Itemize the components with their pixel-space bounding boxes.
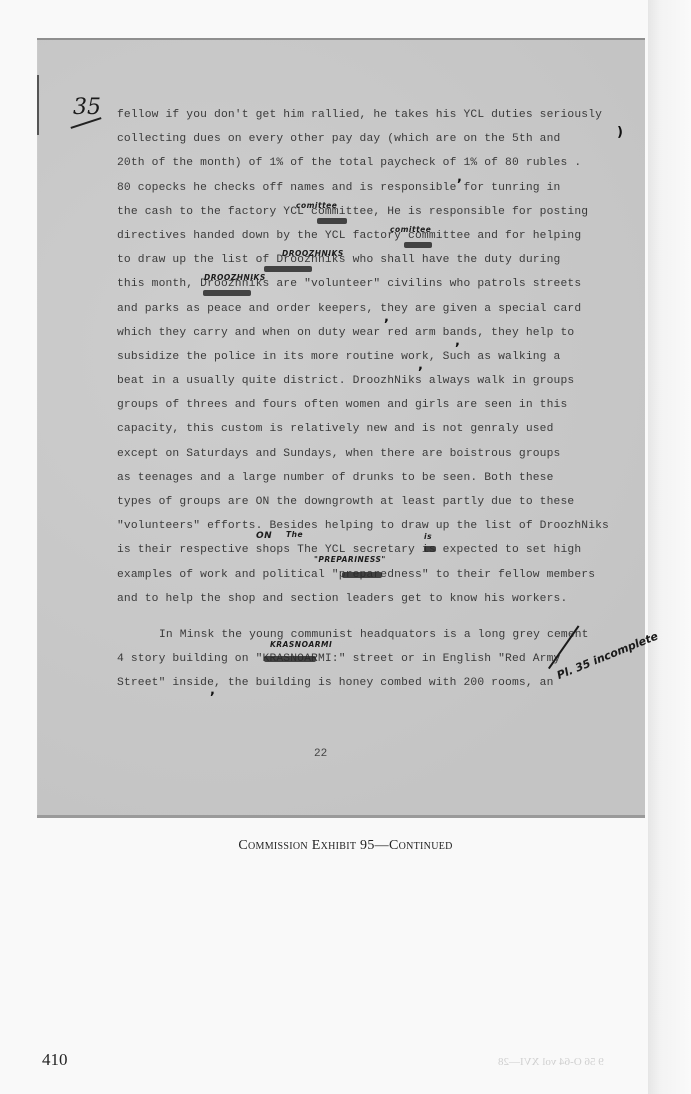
handwritten-on: ON	[256, 531, 272, 541]
handwritten-comma: ,	[210, 683, 215, 698]
typed-line: and parks as peace and order keepers, th…	[117, 297, 627, 321]
strikeout-mark	[264, 656, 316, 662]
typed-line: types of groups are ON the downgrowth at…	[117, 490, 627, 514]
typed-line: this month, Droozhniks are "volunteer" c…	[117, 272, 627, 296]
folio-page-number: 410	[42, 1050, 68, 1070]
typed-line: as teenages and a large number of drunks…	[117, 466, 627, 490]
handwritten-preparedness: "PREPARINESS"	[314, 555, 386, 564]
typed-line: the cash to the factory YCL committee, H…	[117, 200, 627, 224]
handwritten-krasnoarmi: KRASNOARMI	[270, 640, 332, 649]
bleed-through-text: 9 56 O-64 vol XVI—28	[498, 1056, 604, 1068]
handwritten-droozhniks-1: DROOZHNIKS	[282, 249, 344, 258]
strikeout-mark	[424, 546, 436, 552]
strikeout-mark	[404, 242, 432, 248]
margin-page-number: 35	[73, 95, 101, 120]
handwritten-comma: ,	[455, 334, 460, 349]
typed-line: to draw up the list of Droozhniks who sh…	[117, 248, 627, 272]
typed-page-number: 22	[314, 748, 327, 760]
handwritten-comma: ,	[418, 358, 423, 373]
handwritten-comma: )	[617, 125, 623, 140]
typed-line: fellow if you don't get him rallied, he …	[117, 103, 627, 127]
typed-line: except on Saturdays and Sundays, when th…	[117, 442, 627, 466]
strikeout-mark	[317, 218, 347, 224]
typed-line: collecting dues on every other pay day (…	[117, 127, 627, 151]
handwritten-committee-2: comittee	[390, 225, 431, 234]
typed-line: 20th of the month) of 1% of the total pa…	[117, 151, 627, 175]
typed-line: groups of threes and fours often women a…	[117, 393, 627, 417]
typed-line: 80 copecks he checks off names and is re…	[117, 176, 627, 200]
typed-line: which they carry and when on duty wear r…	[117, 321, 627, 345]
typed-line: "volunteers" efforts. Besides helping to…	[117, 514, 627, 538]
handwritten-droozhniks-2: DROOZHNIKS	[204, 273, 266, 282]
typed-line: and to help the shop and section leaders…	[117, 587, 627, 611]
typed-body: fellow if you don't get him rallied, he …	[117, 103, 627, 696]
exhibit-caption: Commission Exhibit 95—Continued	[0, 838, 691, 854]
handwritten-is: is	[424, 532, 432, 541]
handwritten-comma: ,	[457, 170, 462, 185]
binding-edge	[648, 0, 691, 1094]
strikeout-mark	[342, 572, 382, 578]
handwritten-comma: ,	[384, 310, 389, 325]
typed-line: directives handed down by the YCL factor…	[117, 224, 627, 248]
typed-line: Street" inside, the building is honey co…	[117, 671, 627, 695]
handwritten-committee-1: comittee	[296, 201, 337, 210]
typed-line: beat in a usually quite district. Droozh…	[117, 369, 627, 393]
typed-line: capacity, this custom is relatively new …	[117, 417, 627, 441]
strikeout-mark	[264, 266, 312, 272]
typed-line: subsidize the police in its more routine…	[117, 345, 627, 369]
handwritten-the: The	[286, 530, 303, 539]
typed-line: In Minsk the young communist headquators…	[117, 623, 627, 647]
strikeout-mark	[203, 290, 251, 296]
scan-edge-mark	[37, 75, 39, 135]
